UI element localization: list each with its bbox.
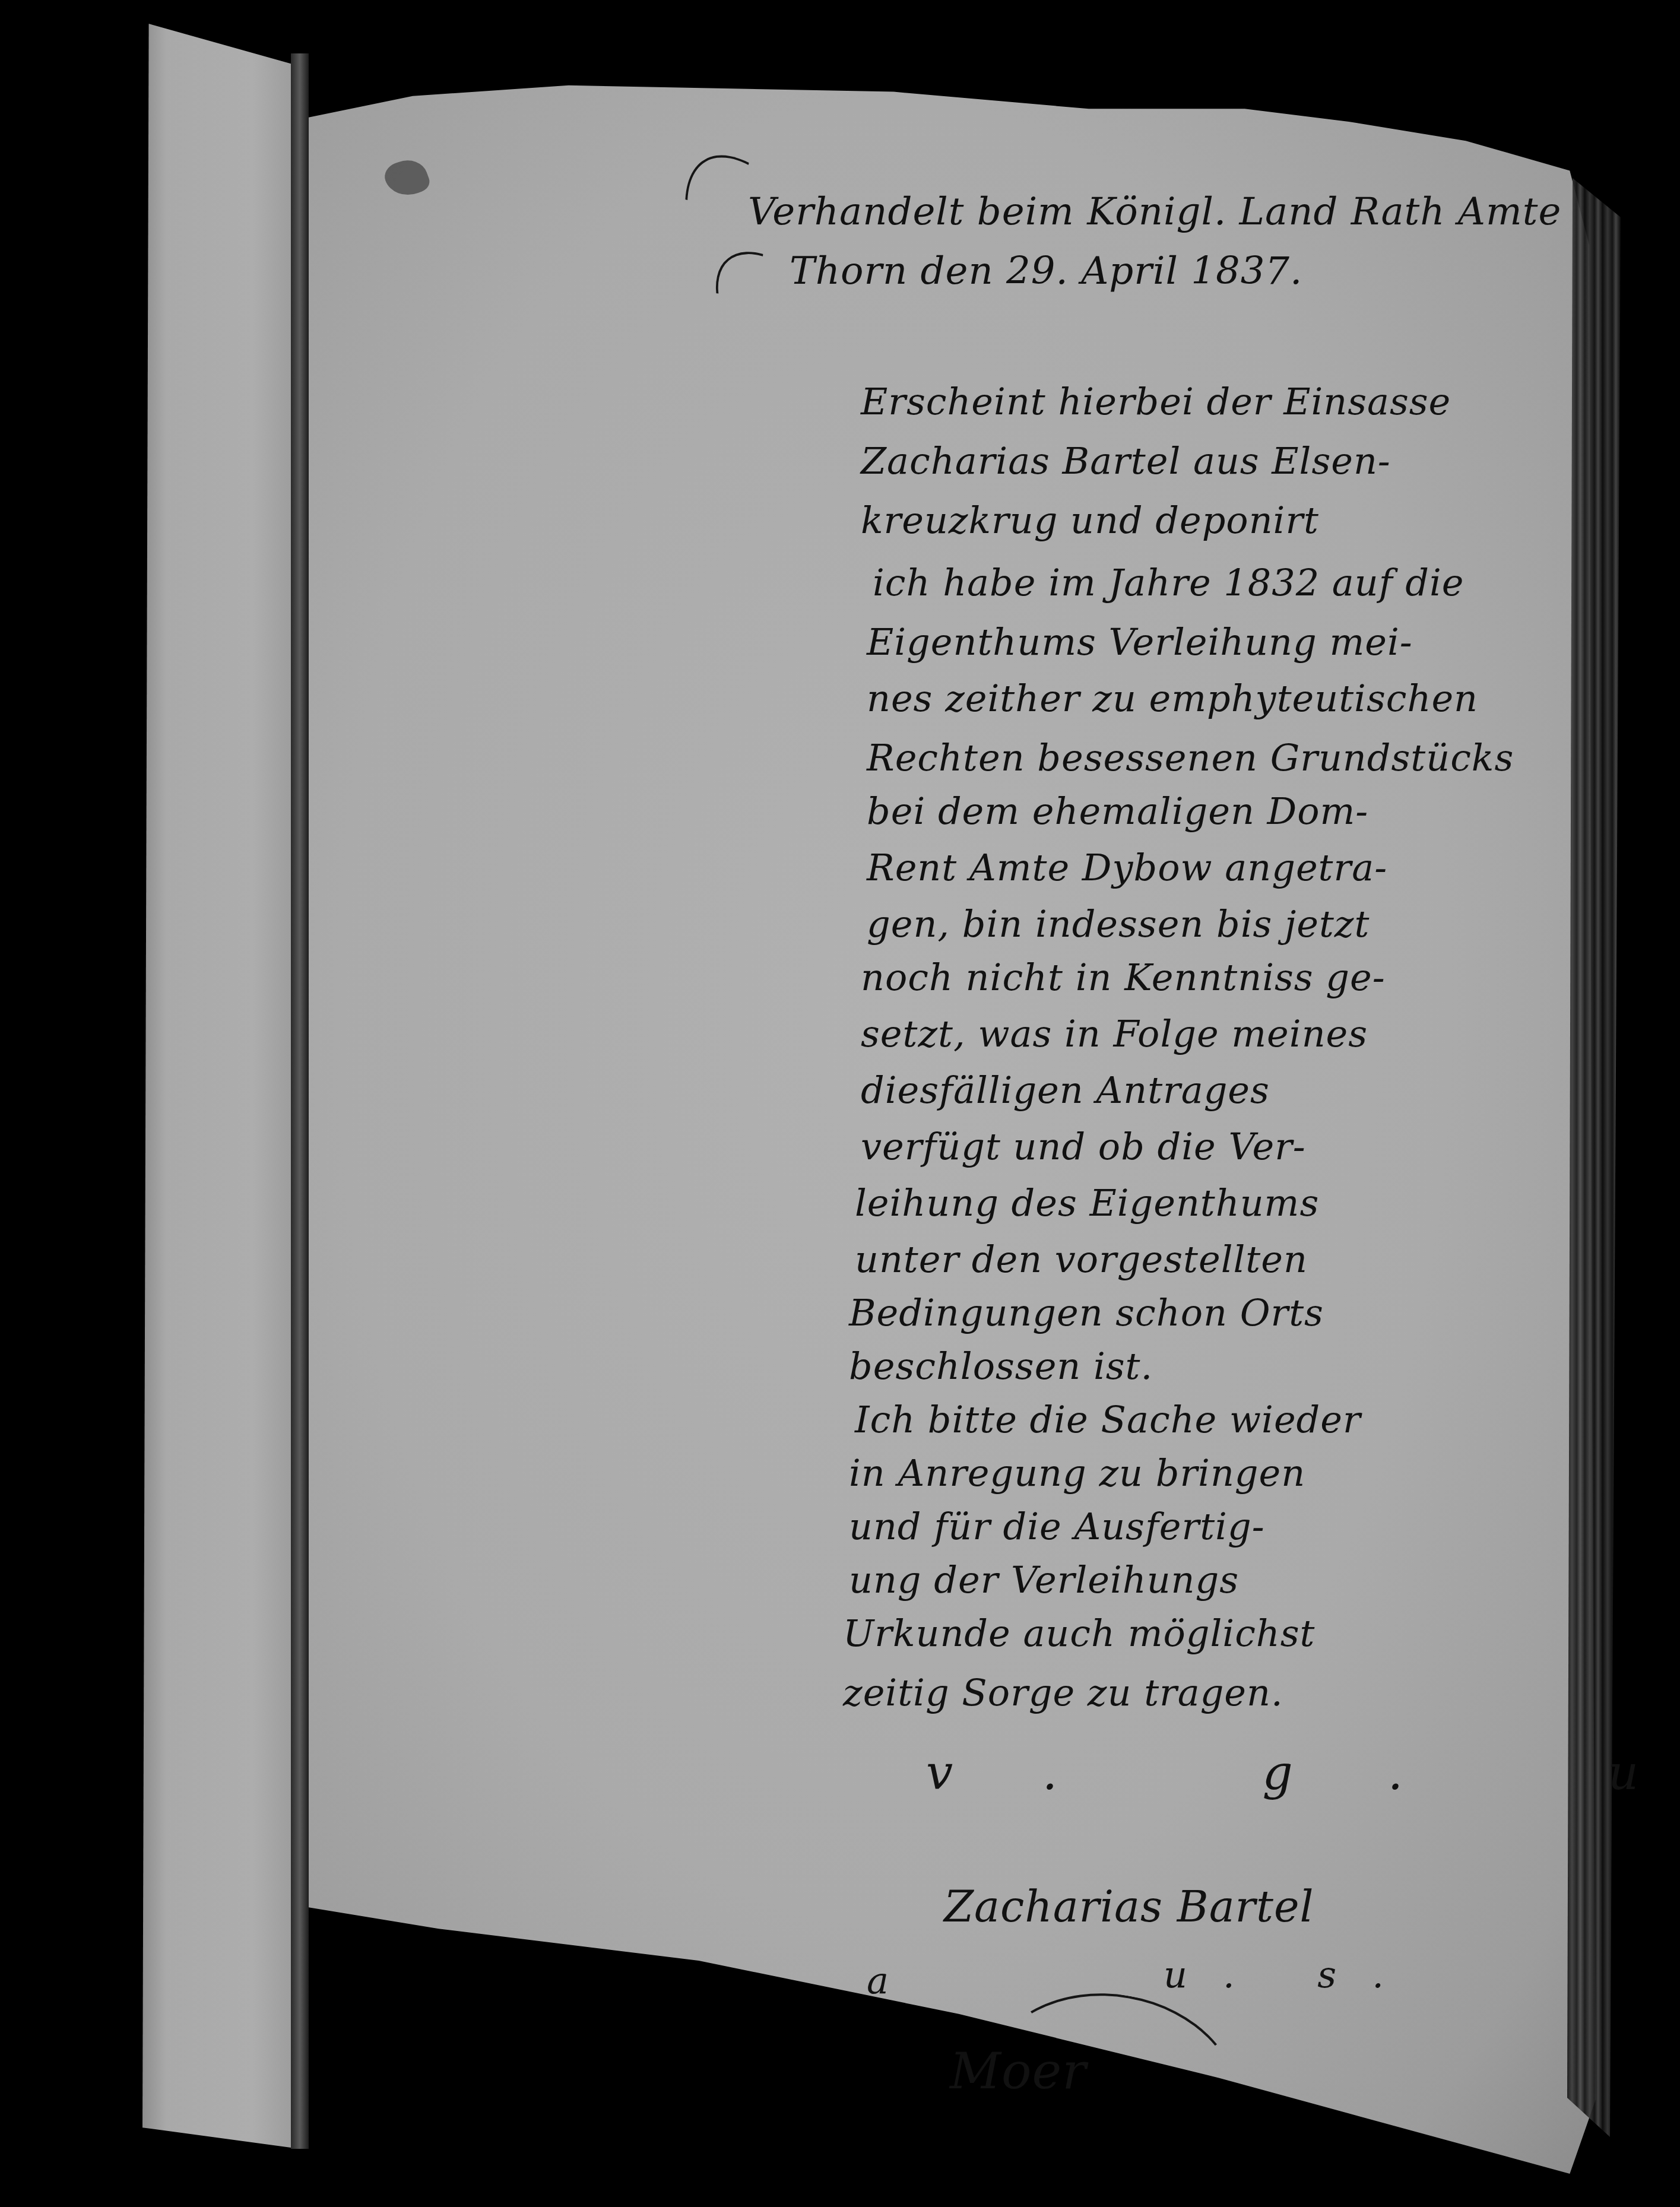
closing-formula: v. g. u.: [926, 1745, 1680, 1800]
document-page: [309, 53, 1609, 2184]
body-line-23: Urkunde auch möglichst: [843, 1612, 1316, 1655]
body-line-2: Zacharias Bartel aus Elsen-: [861, 439, 1391, 483]
body-line-18: beschlossen ist.: [849, 1345, 1153, 1388]
body-line-11: noch nicht in Kenntniss ge-: [861, 956, 1386, 999]
body-line-15: leihung des Eigenthums: [855, 1181, 1319, 1225]
body-line-13: diesfälligen Antrages: [861, 1068, 1270, 1112]
page-edge-stack: [1567, 178, 1621, 2137]
body-line-24: zeitig Sorge zu tragen.: [843, 1671, 1283, 1714]
body-line-14: verfügt und ob die Ver-: [861, 1125, 1306, 1168]
official-signature: Moer: [950, 2042, 1086, 2100]
body-line-8: bei dem ehemaligen Dom-: [867, 789, 1368, 833]
signature-name: Zacharias Bartel: [944, 1882, 1314, 1932]
body-line-5: Eigenthums Verleihung mei-: [867, 620, 1413, 664]
body-line-20: in Anregung zu bringen: [849, 1451, 1305, 1495]
body-line-7: Rechten besessenen Grundstücks: [867, 736, 1514, 779]
body-line-4: ich habe im Jahre 1832 auf die: [873, 561, 1465, 604]
body-line-9: Rent Amte Dybow angetra-: [867, 846, 1387, 889]
body-line-19: Ich bitte die Sache wieder: [855, 1398, 1361, 1441]
body-line-17: Bedingungen schon Orts: [849, 1291, 1324, 1334]
body-line-21: und für die Ausfertig-: [849, 1505, 1265, 1548]
scanned-page-background: Verhandelt beim Königl. Land Rath Amte T…: [0, 0, 1680, 2207]
binding-strip: [142, 24, 300, 2149]
signature-a-mark: a: [867, 1959, 889, 2002]
binding-gutter-shadow: [291, 53, 309, 2149]
body-line-12: setzt, was in Folge meines: [861, 1012, 1368, 1055]
body-line-16: unter den vorgestellten: [855, 1238, 1308, 1281]
body-line-10: gen, bin indessen bis jetzt: [867, 902, 1370, 946]
heading-line-2: Thorn den 29. April 1837.: [790, 249, 1302, 293]
body-line-22: ung der Verleihungs: [849, 1558, 1239, 1602]
heading-line-1: Verhandelt beim Königl. Land Rath Amte: [748, 190, 1561, 234]
body-line-1: Erscheint hierbei der Einsasse: [861, 380, 1451, 423]
body-line-6: nes zeither zu emphyteutischen: [867, 677, 1478, 720]
signature-us-mark: u. s.: [1164, 1953, 1419, 1996]
body-line-3: kreuzkrug und deponirt: [861, 499, 1319, 542]
